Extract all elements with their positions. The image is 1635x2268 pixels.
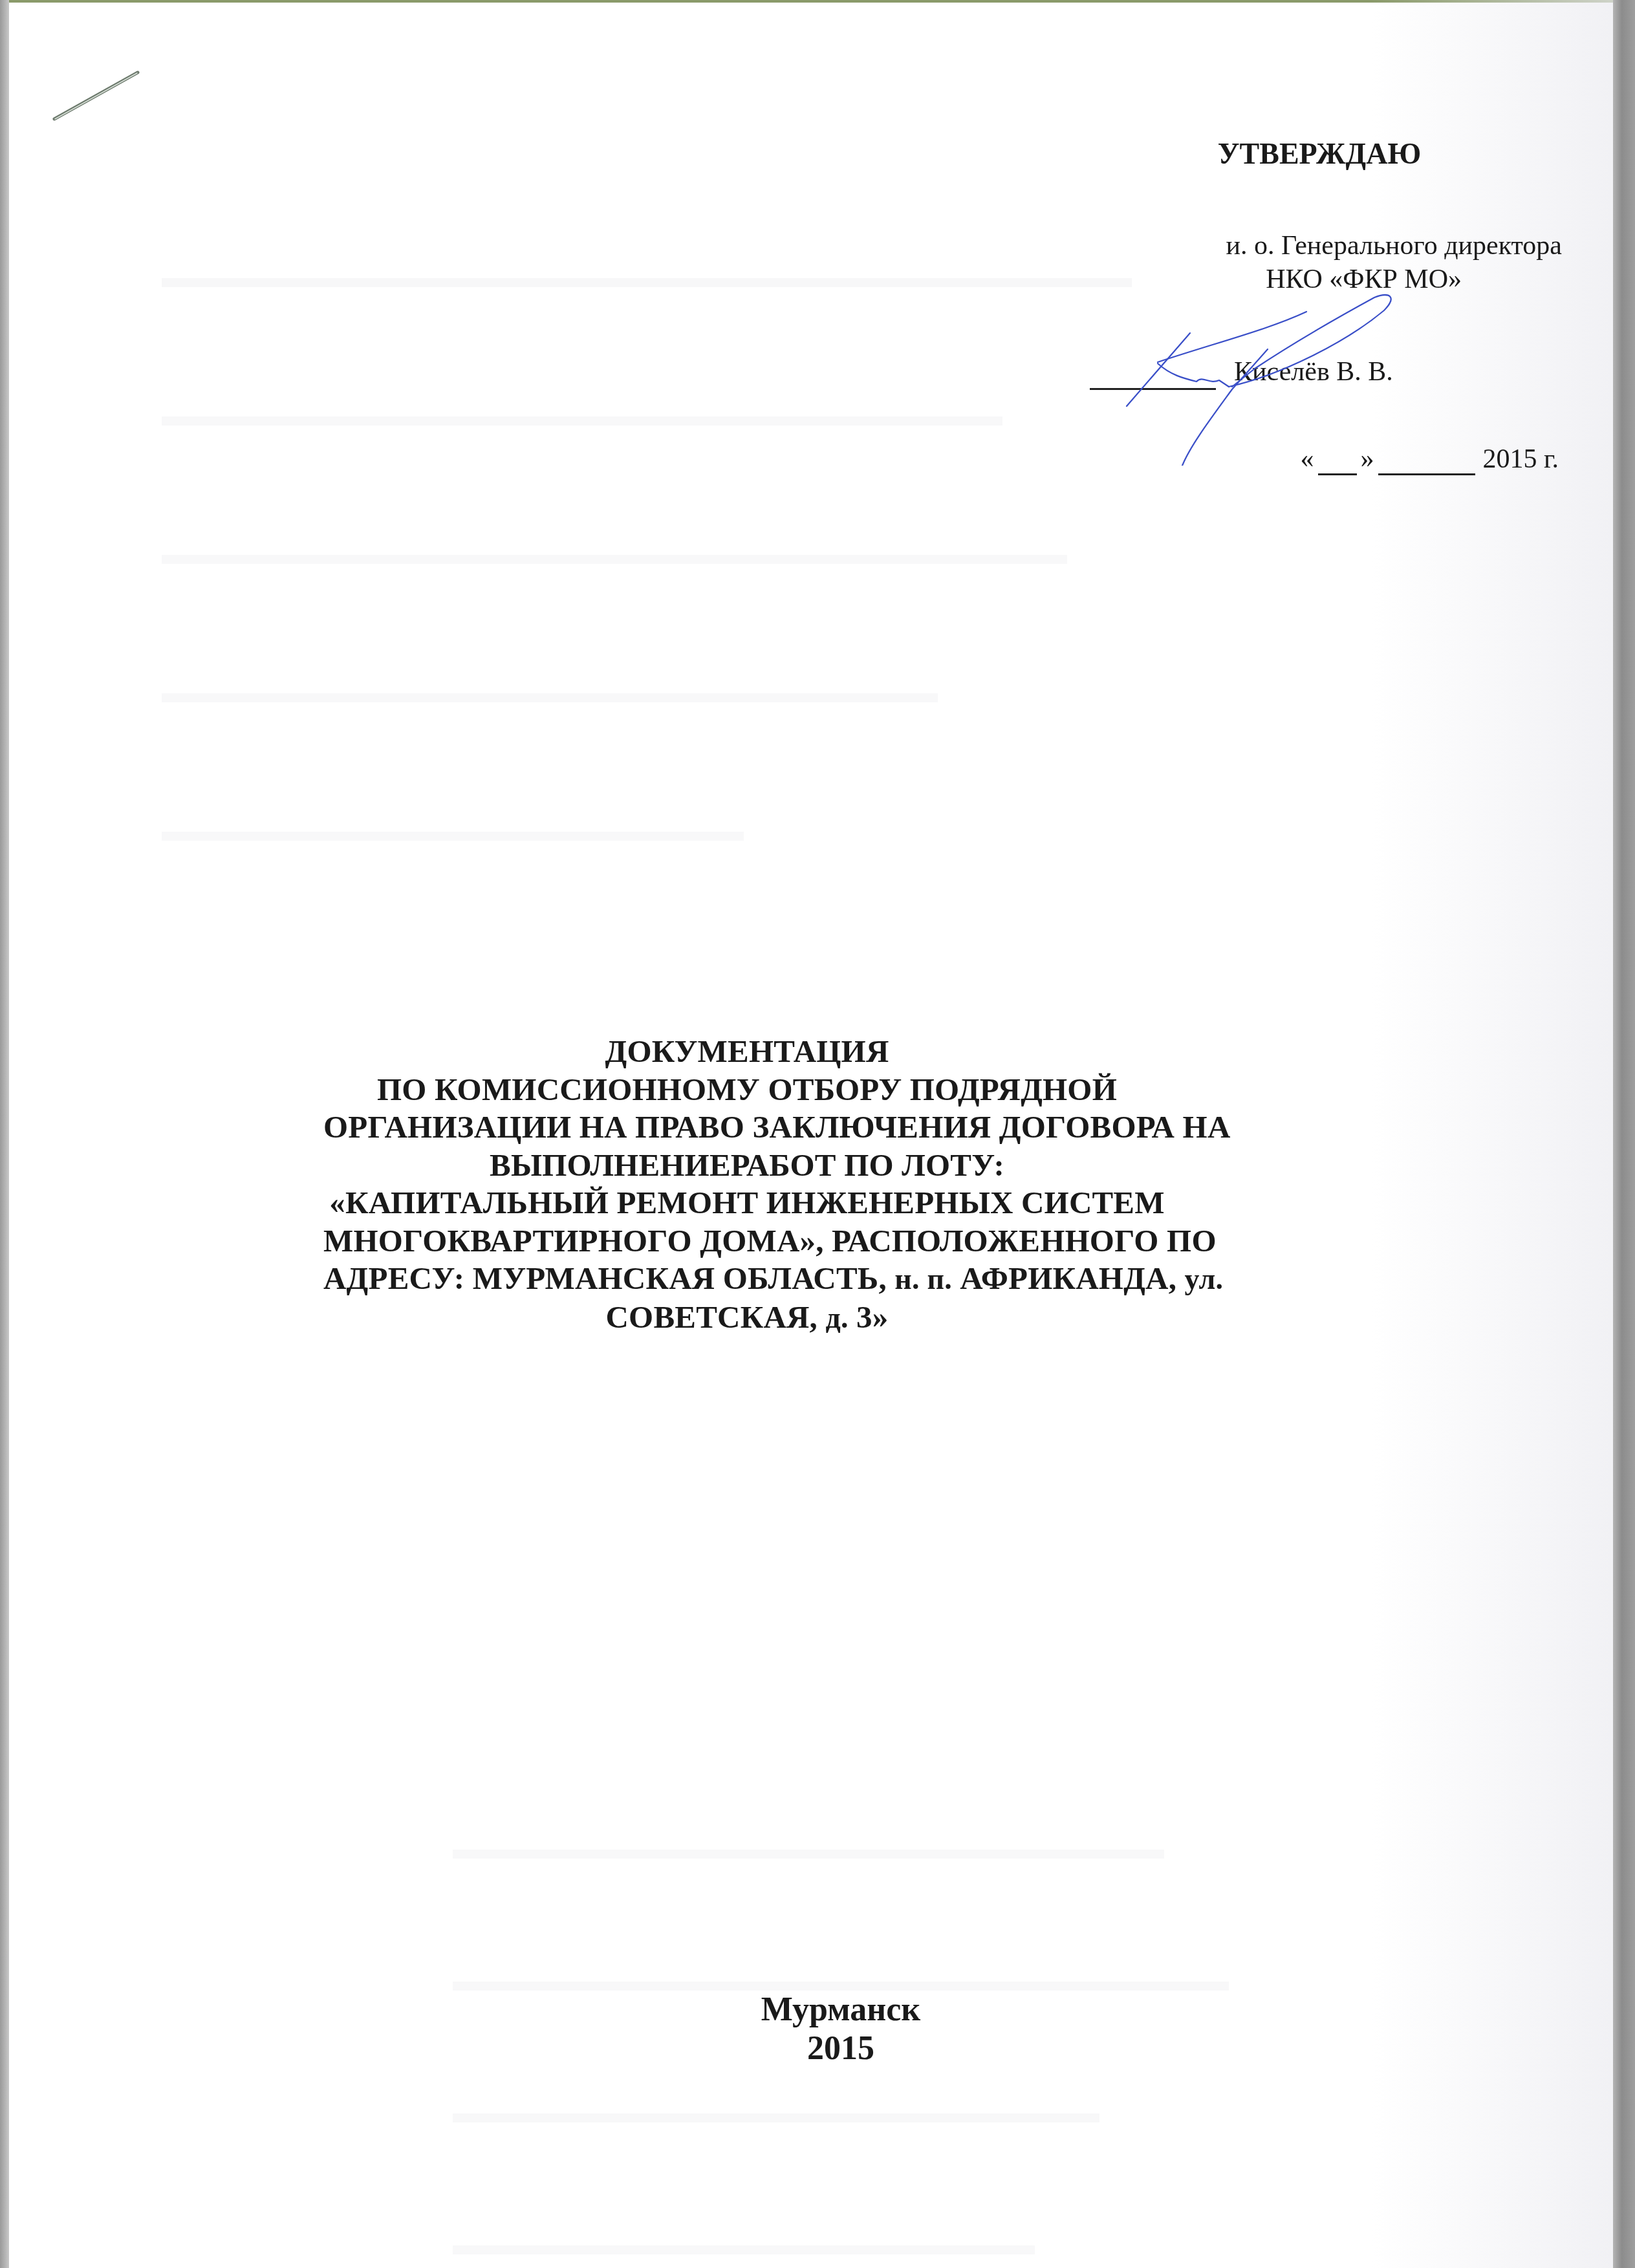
title-line: ОРГАНИЗАЦИИ НА ПРАВО ЗАКЛЮЧЕНИЯ ДОГОВОРА… [323,1108,1171,1147]
bleed-through-texture [453,1746,1423,1972]
title-line: ДОКУМЕНТАЦИЯ [323,1033,1171,1071]
title-line: ПО КОМИССИОННОМУ ОТБОРУ ПОДРЯДНОЙ [323,1071,1171,1109]
address-house-number: 3» [849,1299,889,1335]
approver-role: и. о. Генерального директора [1061,230,1562,262]
footer-city: Мурманск [711,1991,970,2029]
title-line: МНОГОКВАРТИРНОГО ДОМА», РАСПОЛОЖЕННОГО П… [323,1222,1171,1260]
scan-edge-right [1613,0,1635,2268]
handwritten-signature-icon [1087,272,1539,466]
scan-edge-left [0,0,9,2268]
scan-edge-top [0,0,1635,3]
approval-heading: УТВЕРЖДАЮ [1190,136,1449,171]
address-street: СОВЕТСКАЯ, [606,1299,826,1335]
document-footer: Мурманск 2015 [711,1991,970,2068]
address-text: АДРЕСУ: МУРМАНСКАЯ ОБЛАСТЬ, [323,1260,894,1296]
address-house-abbr: д. [825,1301,848,1334]
address-settlement-abbr: н. п. [894,1262,952,1295]
title-line-street: СОВЕТСКАЯ, д. 3» [323,1299,1171,1337]
title-line-address: АДРЕСУ: МУРМАНСКАЯ ОБЛАСТЬ, н. п. АФРИКА… [323,1260,1171,1299]
document-title: ДОКУМЕНТАЦИЯ ПО КОМИССИОННОМУ ОТБОРУ ПОД… [323,1033,1171,1337]
title-line: «КАПИТАЛЬНЫЙ РЕМОНТ ИНЖЕНЕРНЫХ СИСТЕМ [323,1184,1171,1222]
address-street-abbr: ул. [1185,1262,1224,1295]
title-line: ВЫПОЛНЕНИЕРАБОТ ПО ЛОТУ: [323,1147,1171,1185]
footer-year: 2015 [711,2029,970,2068]
pen-mark-icon [45,65,149,129]
address-settlement: АФРИКАНДА, [952,1260,1185,1296]
